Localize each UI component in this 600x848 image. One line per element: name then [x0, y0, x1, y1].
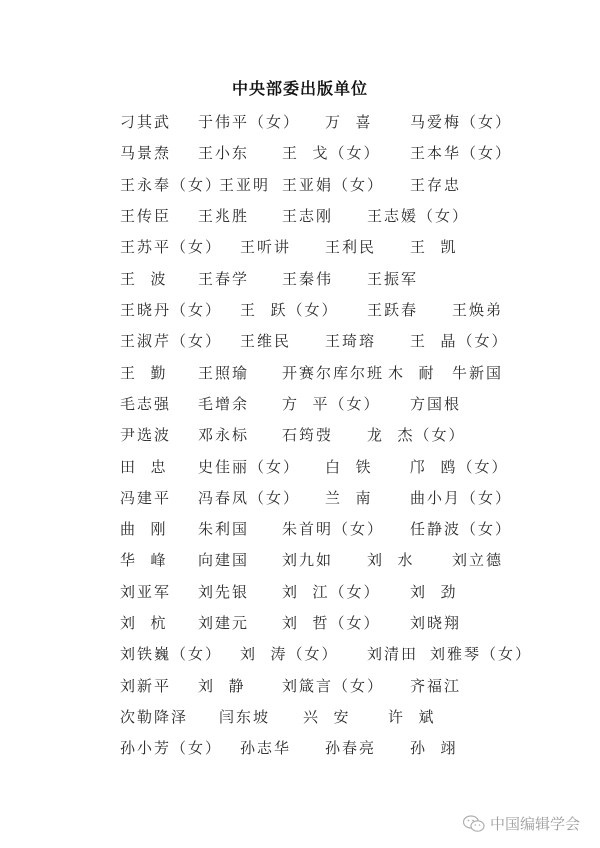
person-name: 木 耐: [388, 362, 436, 383]
person-name: 刘 杭: [120, 612, 168, 633]
person-name: 孙春亮: [325, 737, 376, 758]
person-name: 毛志强: [120, 393, 171, 414]
person-name: 王 跃（女）: [240, 299, 339, 320]
person-name: 王永奉（女）: [120, 174, 222, 195]
person-name: 田 忠: [120, 456, 168, 477]
person-name: 刘新平: [120, 675, 171, 696]
person-name: 王秦伟: [282, 268, 333, 289]
person-name: 曲 刚: [120, 518, 168, 539]
person-name: 刘箴言（女）: [282, 675, 384, 696]
person-name: 开赛尔库尔班: [282, 362, 384, 383]
person-name: 孙 翊: [410, 737, 458, 758]
person-name: 闫东坡: [219, 706, 270, 727]
person-name: 王亚明: [219, 174, 270, 195]
person-name: 王兆胜: [198, 205, 249, 226]
person-name: 王传臣: [120, 205, 171, 226]
person-name: 王维民: [240, 330, 291, 351]
person-name: 向建国: [198, 549, 249, 570]
person-name: 石筠弢: [282, 424, 333, 445]
person-name: 任静波（女）: [410, 518, 512, 539]
person-name: 王 戈（女）: [282, 142, 381, 163]
person-name: 刘雅琴（女）: [430, 643, 532, 664]
person-name: 王存忠: [410, 174, 461, 195]
person-name: 尹选波: [120, 424, 171, 445]
person-name: 王晓丹（女）: [120, 299, 222, 320]
person-name: 刁其武: [120, 111, 171, 132]
person-name: 华 峰: [120, 549, 168, 570]
name-row: 华 峰向建国刘九如刘 水刘立德: [0, 549, 600, 571]
person-name: 王照瑜: [198, 362, 249, 383]
person-name: 王 凯: [410, 236, 458, 257]
person-name: 方国根: [410, 393, 461, 414]
person-name: 王小东: [198, 142, 249, 163]
name-row: 王 勤王照瑜开赛尔库尔班木 耐牛新国: [0, 362, 600, 384]
person-name: 王利民: [325, 236, 376, 257]
name-row: 孙小芳（女）孙志华孙春亮孙 翊: [0, 737, 600, 759]
name-row: 刘 杭刘建元刘 哲（女）刘晓翔: [0, 612, 600, 634]
page-title: 中央部委出版单位: [0, 76, 600, 99]
person-name: 兰 南: [325, 487, 373, 508]
person-name: 许 斌: [388, 706, 436, 727]
name-row: 冯建平冯春凤（女）兰 南曲小月（女）: [0, 487, 600, 509]
person-name: 王本华（女）: [410, 142, 512, 163]
person-name: 邝 鸥（女）: [410, 456, 509, 477]
person-name: 王志刚: [282, 205, 333, 226]
person-name: 方 平（女）: [282, 393, 381, 414]
person-name: 朱利国: [198, 518, 249, 539]
person-name: 王春学: [198, 268, 249, 289]
person-name: 兴 安: [303, 706, 351, 727]
person-name: 刘 水: [367, 549, 415, 570]
name-row: 王传臣王兆胜王志刚王志媛（女）: [0, 205, 600, 227]
name-row: 马景焘王小东王 戈（女）王本华（女）: [0, 142, 600, 164]
person-name: 王淑芹（女）: [120, 330, 222, 351]
person-name: 刘建元: [198, 612, 249, 633]
watermark-text: 中国编辑学会: [490, 813, 580, 834]
person-name: 王亚娟（女）: [282, 174, 384, 195]
person-name: 王听讲: [240, 236, 291, 257]
person-name: 王 晶（女）: [410, 330, 509, 351]
person-name: 刘清田: [367, 643, 418, 664]
name-row: 王晓丹（女）王 跃（女）王跃春王焕弟: [0, 299, 600, 321]
person-name: 马爱梅（女）: [410, 111, 512, 132]
name-row: 尹选波邓永标石筠弢龙 杰（女）: [0, 424, 600, 446]
name-row: 田 忠史佳丽（女）白 铁邝 鸥（女）: [0, 456, 600, 478]
person-name: 刘先银: [198, 581, 249, 602]
person-name: 史佳丽（女）: [198, 456, 300, 477]
person-name: 孙志华: [240, 737, 291, 758]
person-name: 王苏平（女）: [120, 236, 222, 257]
person-name: 王焕弟: [452, 299, 503, 320]
person-name: 朱首明（女）: [282, 518, 384, 539]
name-row: 王 波王春学王秦伟王振军: [0, 268, 600, 290]
person-name: 冯建平: [120, 487, 171, 508]
name-row: 刘新平刘 静刘箴言（女）齐福江: [0, 675, 600, 697]
person-name: 刘 劲: [410, 581, 458, 602]
name-row: 刘铁巍（女）刘 涛（女）刘清田刘雅琴（女）: [0, 643, 600, 665]
person-name: 刘 静: [198, 675, 246, 696]
name-row: 王淑芹（女）王维民王琦瑢王 晶（女）: [0, 330, 600, 352]
person-name: 王 勤: [120, 362, 168, 383]
person-name: 马景焘: [120, 142, 171, 163]
person-name: 刘晓翔: [410, 612, 461, 633]
person-name: 毛增余: [198, 393, 249, 414]
wechat-icon: [462, 815, 486, 833]
person-name: 刘九如: [282, 549, 333, 570]
name-row: 刘亚军刘先银刘 江（女）刘 劲: [0, 581, 600, 603]
person-name: 王跃春: [367, 299, 418, 320]
person-name: 万 喜: [325, 111, 373, 132]
person-name: 刘 涛（女）: [240, 643, 339, 664]
person-name: 白 铁: [325, 456, 373, 477]
person-name: 龙 杰（女）: [367, 424, 466, 445]
name-row: 毛志强毛增余方 平（女）方国根: [0, 393, 600, 415]
name-row: 王永奉（女）王亚明王亚娟（女）王存忠: [0, 174, 600, 196]
person-name: 冯春凤（女）: [198, 487, 300, 508]
person-name: 王志媛（女）: [367, 205, 469, 226]
watermark: 中国编辑学会: [462, 813, 580, 834]
person-name: 王振军: [367, 268, 418, 289]
person-name: 次勒降泽: [120, 706, 188, 727]
person-name: 刘铁巍（女）: [120, 643, 222, 664]
name-row: 次勒降泽闫东坡兴 安许 斌: [0, 706, 600, 728]
person-name: 邓永标: [198, 424, 249, 445]
person-name: 齐福江: [410, 675, 461, 696]
person-name: 刘亚军: [120, 581, 171, 602]
person-name: 王 波: [120, 268, 168, 289]
person-name: 孙小芳（女）: [120, 737, 222, 758]
person-name: 刘 哲（女）: [282, 612, 381, 633]
person-name: 牛新国: [452, 362, 503, 383]
person-name: 于伟平（女）: [198, 111, 300, 132]
person-name: 曲小月（女）: [410, 487, 512, 508]
person-name: 刘立德: [452, 549, 503, 570]
person-name: 王琦瑢: [325, 330, 376, 351]
name-row: 曲 刚朱利国朱首明（女）任静波（女）: [0, 518, 600, 540]
name-row: 刁其武于伟平（女）万 喜马爱梅（女）: [0, 111, 600, 133]
name-row: 王苏平（女）王听讲王利民王 凯: [0, 236, 600, 258]
person-name: 刘 江（女）: [282, 581, 381, 602]
